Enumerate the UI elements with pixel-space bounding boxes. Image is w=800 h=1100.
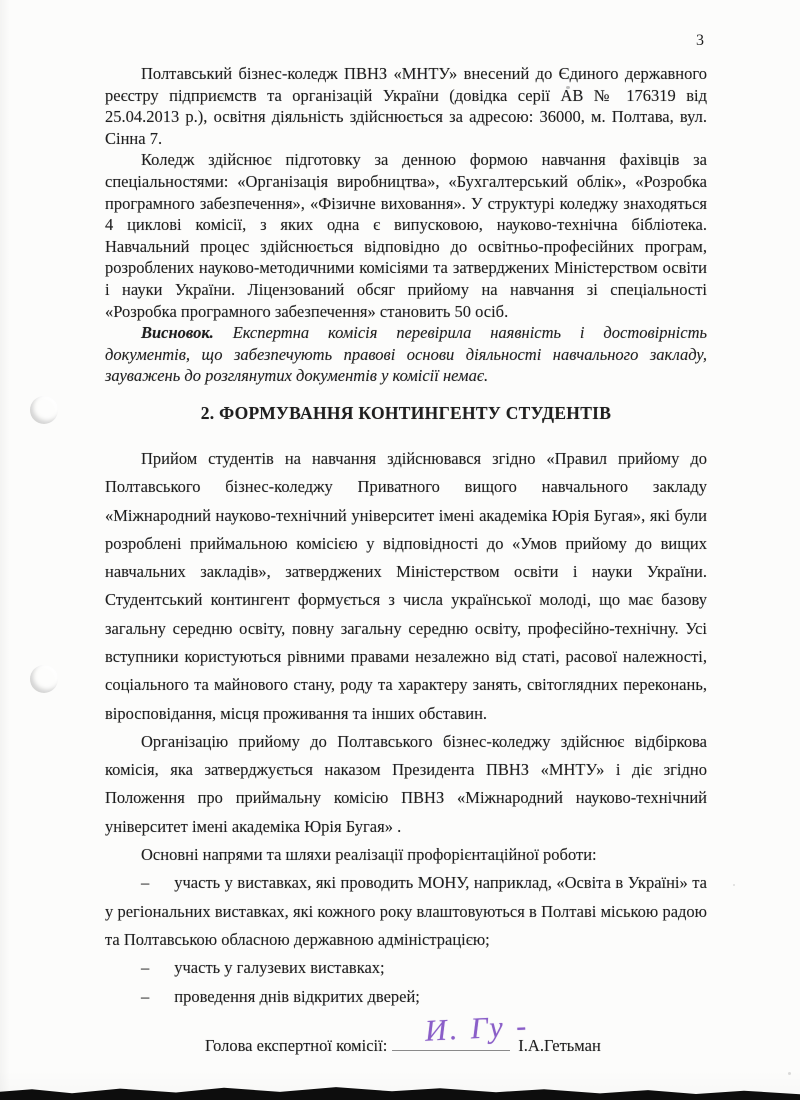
paragraph-conclusion: Висновок. Експертна комісія перевірила н… — [105, 322, 707, 387]
bullet-industry-exhibitions: –участь у галузевих виставках; — [105, 954, 707, 982]
paragraph-admission-committee: Організацію прийому до Полтавського бізн… — [105, 728, 707, 841]
punch-hole-mark — [30, 665, 58, 693]
paragraph-orientation-intro: Основні напрями та шляхи реалізації проф… — [105, 841, 707, 869]
document-body: Полтавський бізнес-коледж ПВНЗ «МНТУ» вн… — [105, 63, 707, 1011]
bullet-text: проведення днів відкритих дверей; — [174, 987, 420, 1006]
paragraph-college-specialties: Коледж здійснює підготовку за денною фор… — [105, 149, 707, 322]
bullet-open-days: –проведення днів відкритих дверей; — [105, 983, 707, 1011]
section-heading-students: 2. ФОРМУВАННЯ КОНТИНГЕНТУ СТУДЕНТІВ — [105, 403, 707, 424]
paragraph-admission-rules: Прийом студентів на навчання здійснювавс… — [105, 445, 707, 728]
signer-name: І.А.Гетьман — [518, 1036, 600, 1055]
scan-edge-artifact — [0, 1085, 800, 1100]
conclusion-lead-label: Висновок. — [141, 323, 214, 342]
scan-speck — [566, 86, 570, 89]
scanned-document-page: 3 Полтавський бізнес-коледж ПВНЗ «МНТУ» … — [0, 0, 800, 1100]
scan-speck — [788, 1072, 791, 1075]
punch-hole-mark — [30, 396, 58, 424]
bullet-dash: – — [141, 873, 174, 892]
bullet-text: участь у галузевих виставках; — [174, 958, 384, 977]
bullet-exhibitions-monu: –участь у виставках, які проводить МОНУ,… — [105, 869, 707, 954]
signature-role-label: Голова експертної комісії: — [205, 1036, 387, 1055]
handwritten-signature: И. Гу - — [424, 1009, 530, 1048]
bullet-dash: – — [141, 987, 174, 1006]
page-number: 3 — [696, 32, 704, 50]
scan-speck — [733, 884, 735, 886]
bullet-dash: – — [141, 958, 174, 977]
bullet-text: участь у виставках, які проводить МОНУ, … — [105, 873, 707, 949]
paragraph-registry-info: Полтавський бізнес-коледж ПВНЗ «МНТУ» вн… — [105, 63, 707, 149]
signature-block: Голова експертної комісії:І.А.Гетьман И.… — [205, 1036, 601, 1056]
